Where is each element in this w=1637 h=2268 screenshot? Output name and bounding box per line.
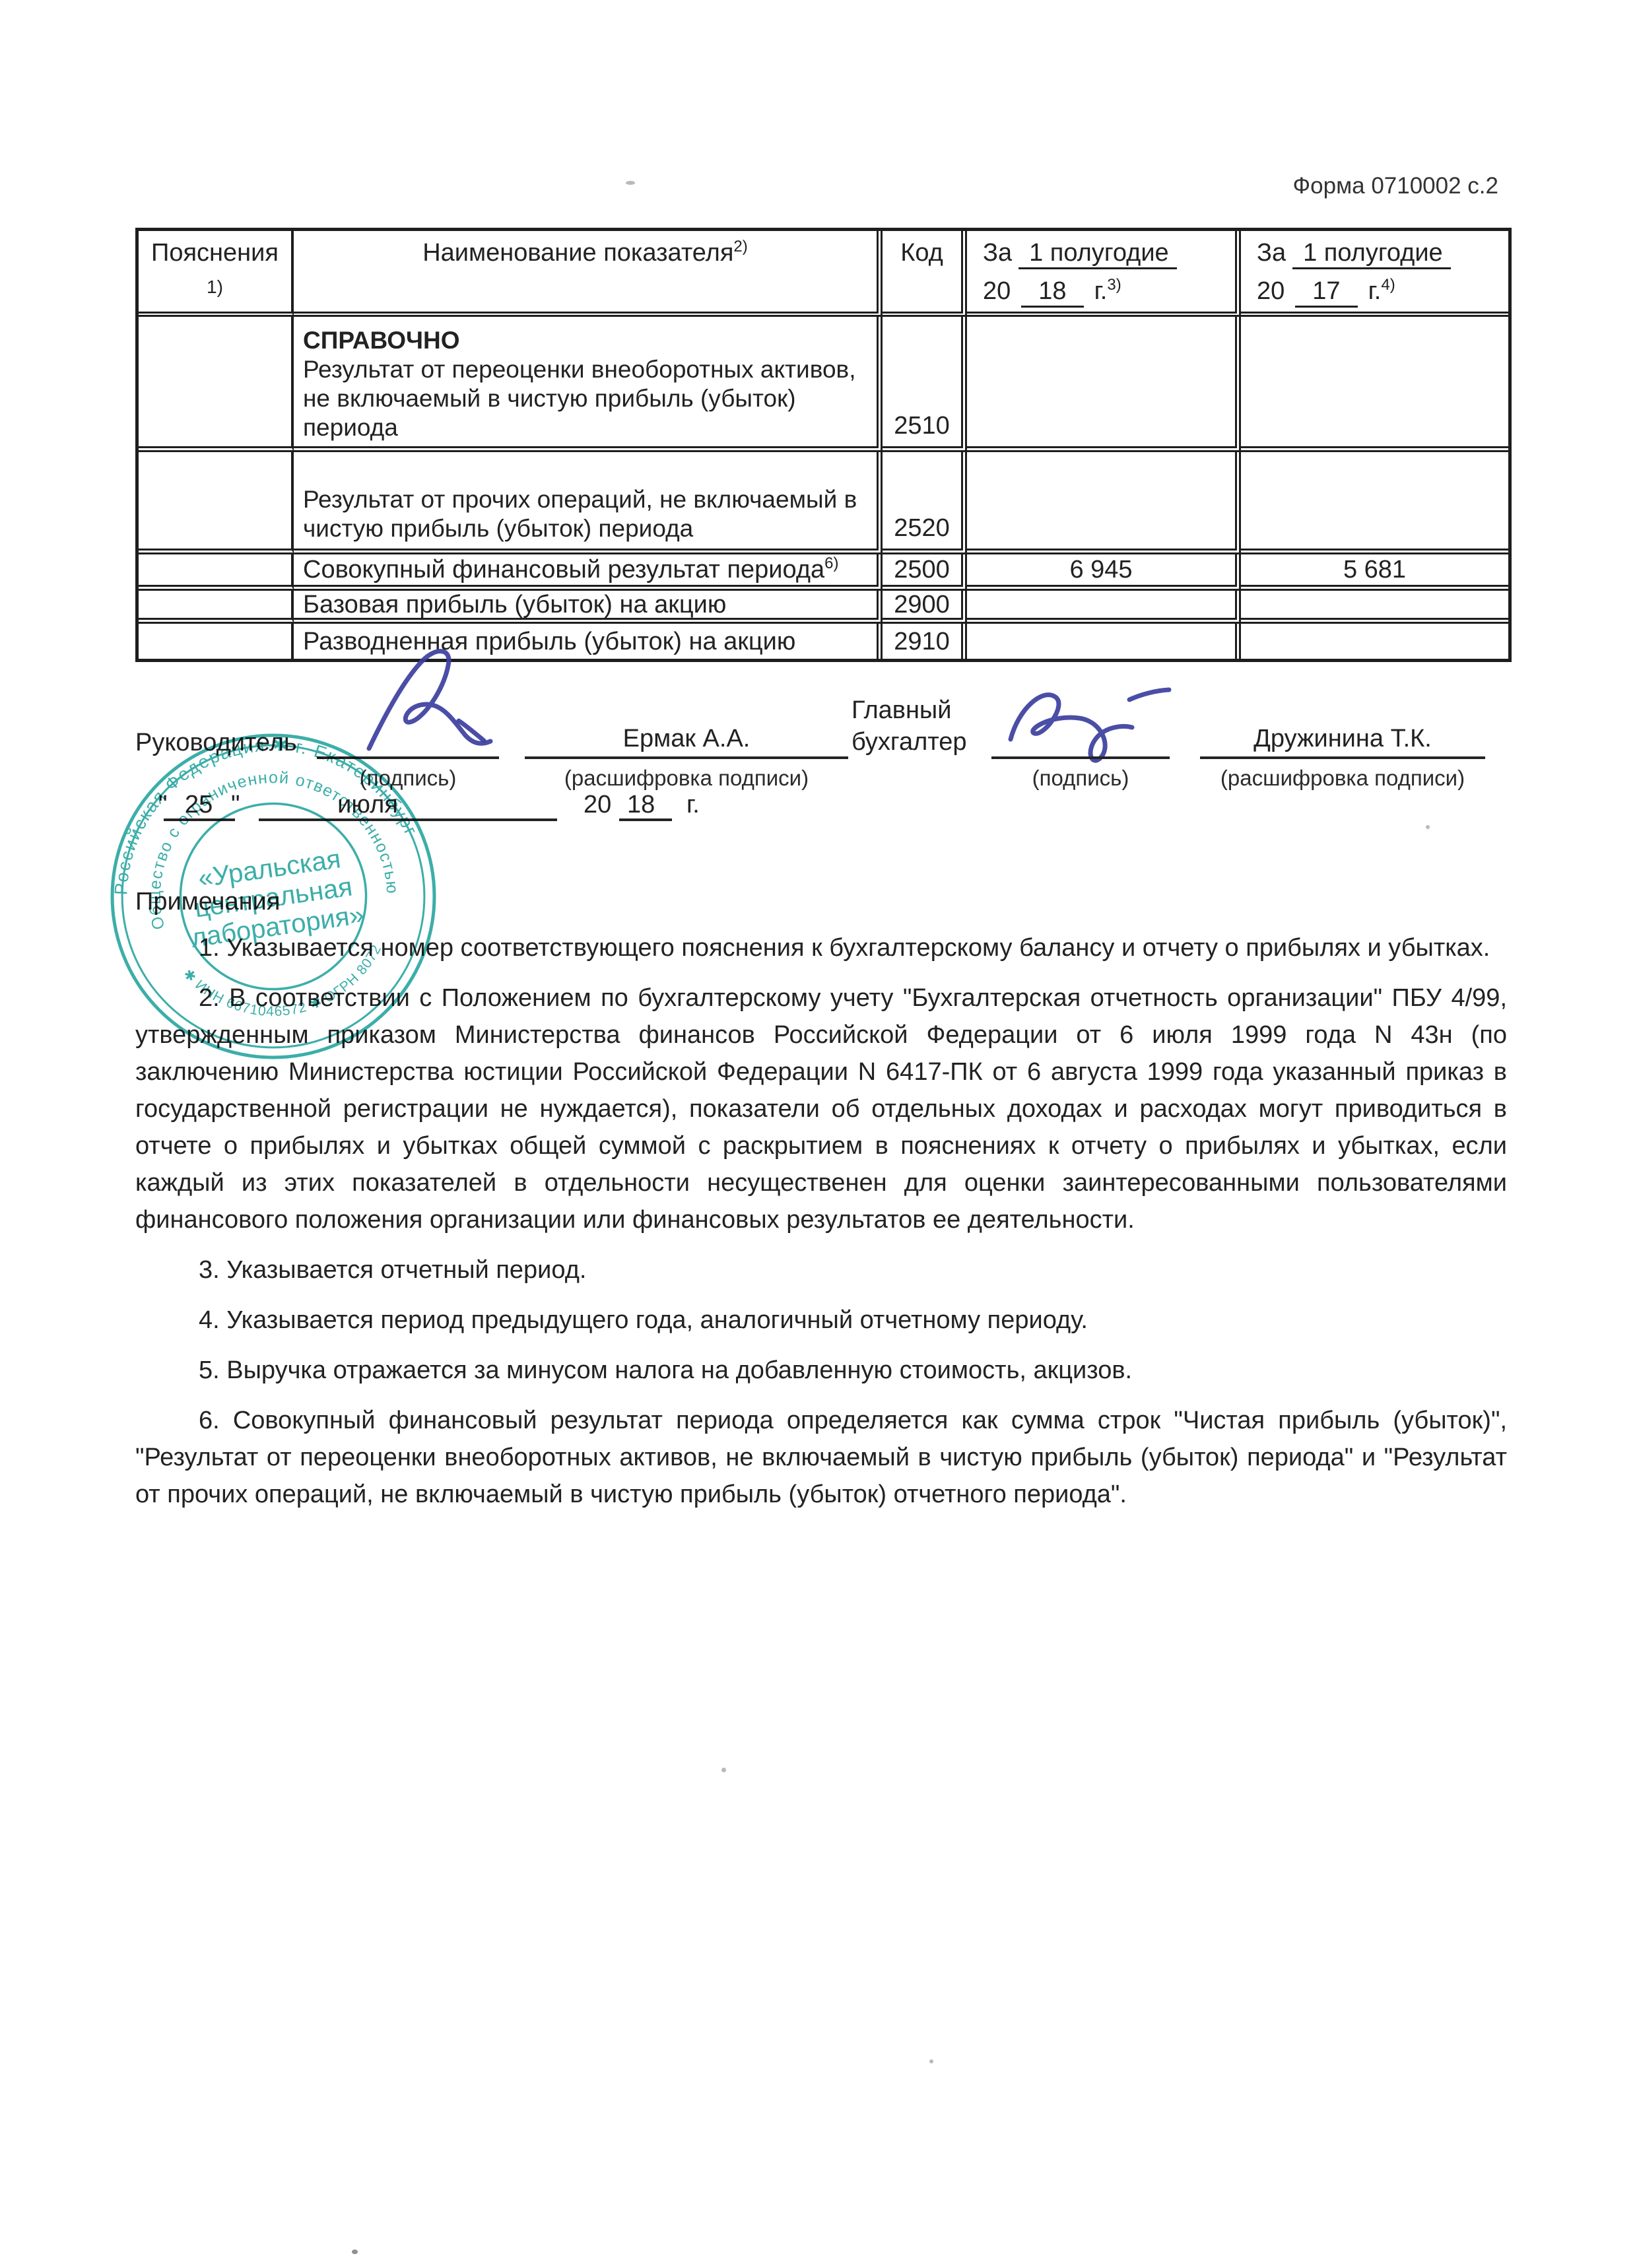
period-name: 1 полугодие bbox=[1019, 240, 1177, 269]
table-cell-value-2017 bbox=[1241, 317, 1508, 452]
table-cell-value-2018: 6 945 bbox=[967, 554, 1241, 591]
row-name: Результат от прочих операций, не включае… bbox=[303, 485, 870, 543]
chief-accountant-signature bbox=[1000, 672, 1178, 766]
row-title: СПРАВОЧНО bbox=[303, 326, 870, 355]
period-footnote: 4) bbox=[1381, 276, 1395, 294]
table-cell-explanation bbox=[139, 554, 294, 591]
footnote-6: 6. Совокупный финансовый результат перио… bbox=[135, 1402, 1507, 1513]
period-century: 20 bbox=[1257, 277, 1285, 305]
table-cell-value-2018 bbox=[967, 624, 1241, 659]
scanned-financial-report-page: Форма 0710002 с.2 Пояснения 1) Наименова… bbox=[0, 0, 1637, 2268]
table-cell-value-2017: 5 681 bbox=[1241, 554, 1508, 591]
table-cell-indicator: Результат от прочих операций, не включае… bbox=[294, 452, 883, 554]
table-cell-value-2017 bbox=[1241, 624, 1508, 659]
table-cell-explanation bbox=[139, 591, 294, 624]
table-cell-explanation bbox=[139, 317, 294, 452]
scan-speck bbox=[929, 2059, 933, 2063]
director-decode-caption: (расшифровка подписи) bbox=[525, 766, 848, 791]
director-name: Ермак А.А. bbox=[525, 725, 848, 753]
row-name-footnote: 6) bbox=[824, 554, 838, 572]
scan-speck bbox=[352, 2250, 358, 2254]
period-century: 20 bbox=[983, 277, 1011, 305]
chief-accountant-decode-caption: (расшифровка подписи) bbox=[1200, 766, 1485, 791]
header-period-2018: За1 полугодие 2018г.3) bbox=[967, 231, 1241, 317]
table-cell-code: 2500 bbox=[883, 554, 967, 591]
header-explanations-footnote: 1) bbox=[207, 272, 223, 302]
table-cell-value-2017 bbox=[1241, 452, 1508, 554]
chief-accountant-role-label: Главный бухгалтер bbox=[852, 694, 967, 758]
financial-results-table: Пояснения 1) Наименование показателя2) К… bbox=[135, 228, 1512, 662]
chief-accountant-signature-line bbox=[991, 756, 1170, 759]
table-cell-explanation bbox=[139, 452, 294, 554]
row-name: Базовая прибыль (убыток) на акцию bbox=[303, 591, 726, 620]
period-name: 1 полугодие bbox=[1292, 240, 1451, 269]
director-name-line bbox=[525, 756, 848, 759]
period-prefix: За bbox=[983, 239, 1012, 267]
period-year-suffix: г. bbox=[1094, 277, 1108, 305]
table-cell-code: 2520 bbox=[883, 452, 967, 554]
footnote-4: 4. Указывается период предыдущего года, … bbox=[135, 1302, 1507, 1339]
table-cell-indicator: Базовая прибыль (убыток) на акцию bbox=[294, 591, 883, 624]
header-indicator-name: Наименование показателя2) bbox=[294, 231, 883, 317]
table-cell-code: 2510 bbox=[883, 317, 967, 452]
header-indicator-name-footnote: 2) bbox=[733, 238, 747, 255]
chief-accountant-sign-caption: (подпись) bbox=[991, 766, 1170, 791]
header-period-2017: За1 полугодие 2017г.4) bbox=[1241, 231, 1508, 317]
table-cell-explanation bbox=[139, 624, 294, 659]
period-year-suffix: г. bbox=[1368, 277, 1382, 305]
table-cell-value-2017 bbox=[1241, 591, 1508, 624]
period-footnote: 3) bbox=[1107, 276, 1121, 294]
footnote-5: 5. Выручка отражается за минусом налога … bbox=[135, 1352, 1507, 1389]
period-year: 17 bbox=[1295, 278, 1357, 308]
header-code-text: Код bbox=[900, 238, 943, 268]
date-year-suffix: г. bbox=[686, 791, 700, 819]
scan-speck bbox=[626, 181, 635, 185]
table-cell-code: 2910 bbox=[883, 624, 967, 659]
header-code: Код bbox=[883, 231, 967, 317]
table-cell-value-2018 bbox=[967, 591, 1241, 624]
period-year: 18 bbox=[1021, 278, 1083, 308]
scan-speck bbox=[1426, 825, 1430, 829]
date-year-underline bbox=[619, 818, 672, 821]
scan-speck bbox=[721, 1768, 726, 1772]
row-name: Совокупный финансовый результат периода bbox=[303, 556, 824, 584]
table-cell-indicator: СПРАВОЧНО Результат от переоценки внеобо… bbox=[294, 317, 883, 452]
table-cell-value-2018 bbox=[967, 452, 1241, 554]
table-cell-indicator: Совокупный финансовый результат периода6… bbox=[294, 554, 883, 591]
footnote-3: 3. Указывается отчетный период. bbox=[135, 1251, 1507, 1288]
table-cell-code: 2900 bbox=[883, 591, 967, 624]
header-explanations: Пояснения 1) bbox=[139, 231, 294, 317]
row-name: Результат от переоценки внеоборотных акт… bbox=[303, 355, 870, 442]
table-cell-value-2018 bbox=[967, 317, 1241, 452]
company-round-stamp: Российская Федерация ✱ г. Екатеринбург О… bbox=[104, 727, 442, 1065]
date-year: 18 bbox=[627, 791, 655, 819]
period-prefix: За bbox=[1257, 239, 1286, 267]
form-number-label: Форма 0710002 с.2 bbox=[1293, 173, 1498, 199]
header-explanations-text: Пояснения bbox=[151, 238, 279, 268]
chief-accountant-name: Дружинина Т.К. bbox=[1200, 725, 1485, 753]
date-century: 20 bbox=[584, 791, 611, 819]
header-indicator-name-text: Наименование показателя bbox=[422, 239, 733, 267]
chief-accountant-name-line bbox=[1200, 756, 1485, 759]
